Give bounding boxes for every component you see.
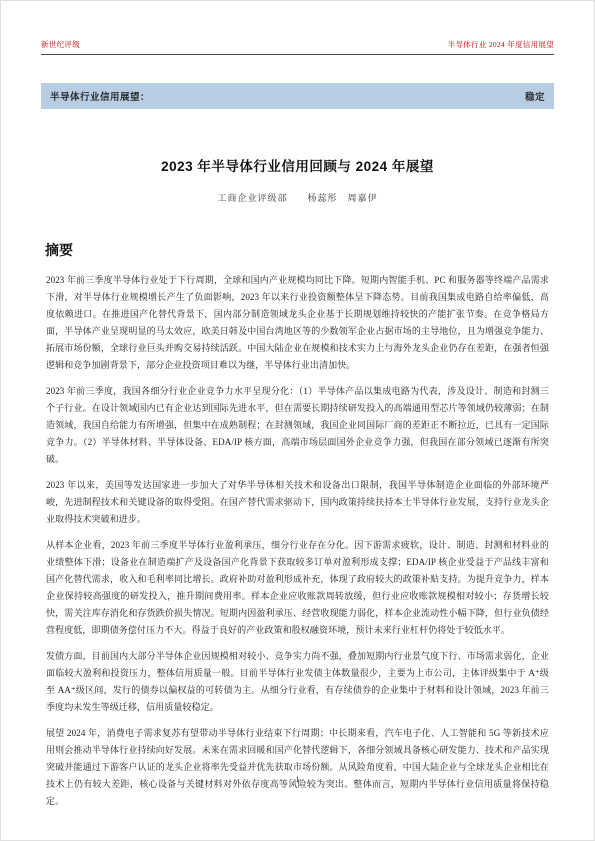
- abstract-paragraph: 展望 2024 年，消费电子需求复苏有望带动半导体行业结束下行周期；中长期来看，…: [46, 725, 549, 810]
- abstract-body: 2023 年前三季度半导体行业处于下行周期，全球和国内产业规模均同比下降。短期内…: [46, 272, 549, 810]
- header-left-text: 新世纪评级: [41, 39, 80, 50]
- page-number: 1: [1, 774, 594, 784]
- abstract-paragraph: 发债方面，目前国内大部分半导体企业因规模相对较小、竞争实力尚不强，叠加短期内行业…: [46, 648, 549, 716]
- abstract-paragraph: 从样本企业看，2023 年前三季度半导体行业盈利承压，细分行业存在分化。因下游需…: [46, 537, 549, 639]
- outlook-value: 稳定: [525, 89, 545, 103]
- abstract-paragraph: 2023 年前三季度，我国各细分行业企业竞争力水平呈现分化：（1）半导体产品以集…: [46, 383, 549, 468]
- header-right-text: 半导体行业 2024 年度信用展望: [448, 39, 554, 50]
- abstract-paragraph: 2023 年前三季度半导体行业处于下行周期，全球和国内产业规模均同比下降。短期内…: [46, 272, 549, 374]
- abstract-paragraph: 2023 年以来，美国等发达国家进一步加大了对华半导体相关技术和设备出口限制，我…: [46, 477, 549, 528]
- outlook-label: 半导体行业信用展望：: [50, 89, 150, 103]
- outlook-bar: 半导体行业信用展望： 稳定: [41, 83, 554, 109]
- abstract-heading: 摘要: [45, 240, 550, 260]
- report-byline: 工商企业评级部 杨蕊彤 周嘉伊: [41, 191, 554, 204]
- report-title: 2023 年半导体行业信用回顾与 2024 年展望: [41, 155, 554, 175]
- document-page: 新世纪评级 半导体行业 2024 年度信用展望 半导体行业信用展望： 稳定 20…: [0, 0, 595, 841]
- running-header: 新世纪评级 半导体行业 2024 年度信用展望: [41, 1, 554, 55]
